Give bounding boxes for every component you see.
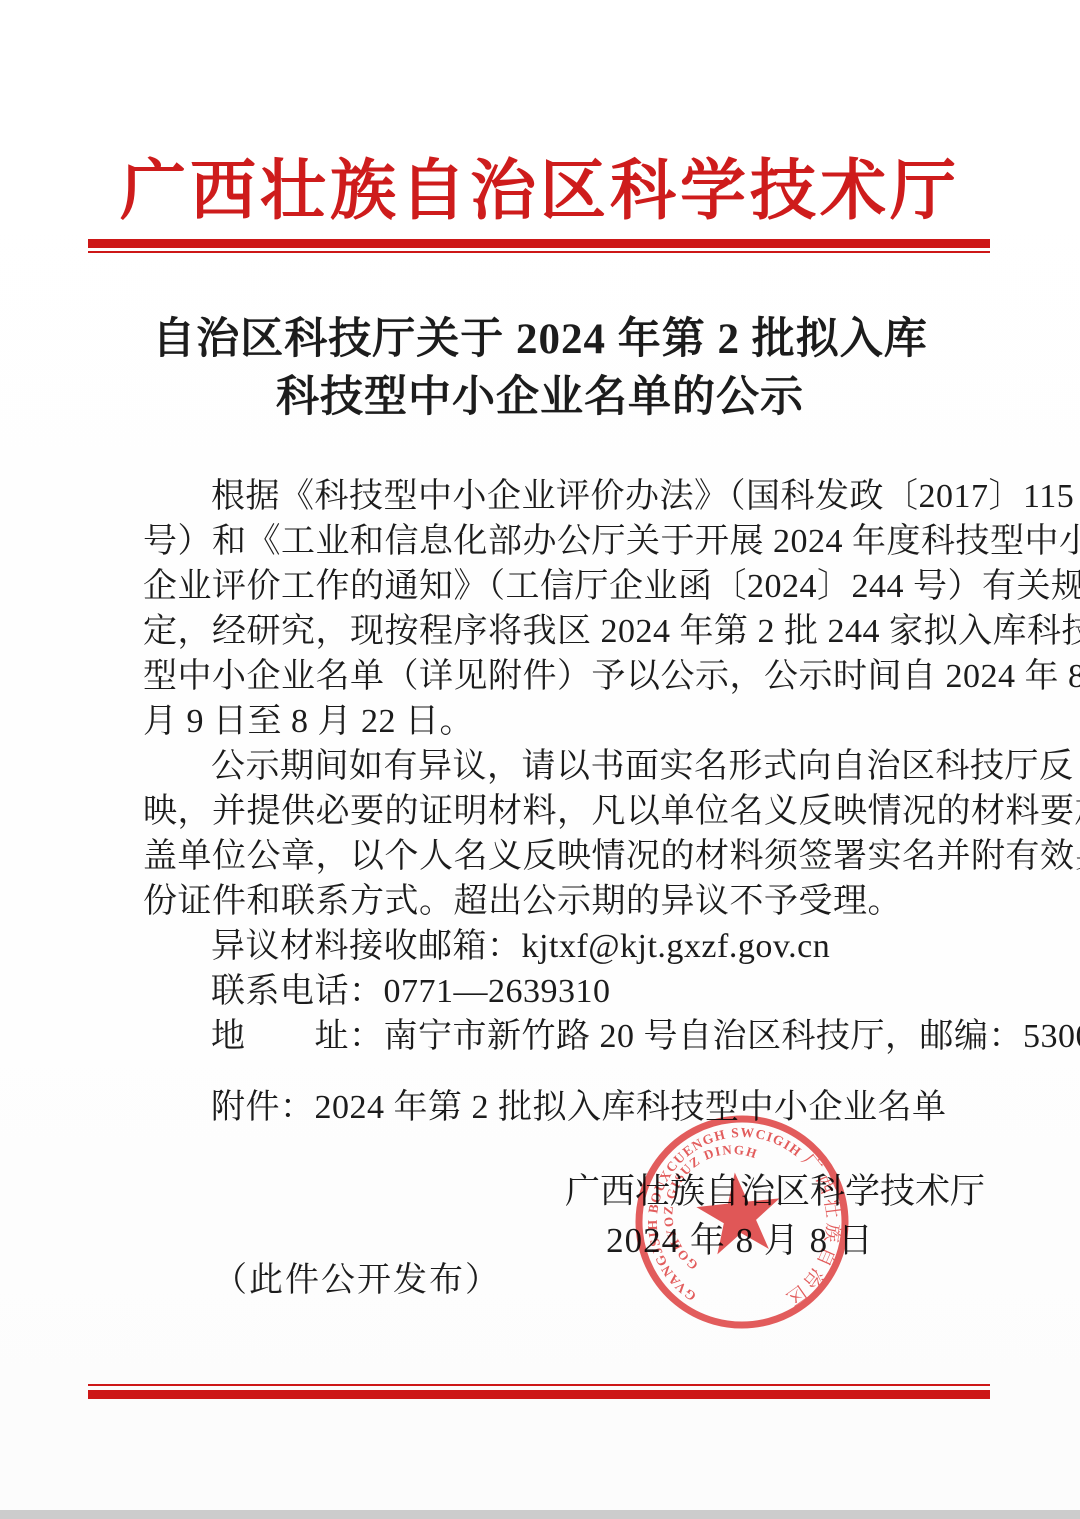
document-title-line1: 自治区科技厅关于 2024 年第 2 批拟入库 xyxy=(0,311,1080,369)
paragraph1-line: 定，经研究，现按程序将我区 2024 年第 2 批 244 家拟入库科技 xyxy=(143,609,983,654)
address-line: 地 址：南宁市新竹路 20 号自治区科技厅，邮编：530022 xyxy=(143,1014,983,1059)
email-line: 异议材料接收邮箱：kjtxf@kjt.gxzf.gov.cn xyxy=(143,924,983,969)
paragraph1-line: 根据《科技型中小企业评价办法》（国科发政〔2017〕115 xyxy=(143,474,983,519)
seal-star-icon xyxy=(693,1168,784,1256)
paragraph1-line: 月 9 日至 8 月 22 日。 xyxy=(143,699,983,744)
paragraph2-line: 盖单位公章，以个人名义反映情况的材料须签署实名并附有效身 xyxy=(143,834,983,879)
document-title-line2: 科技型中小企业名单的公示 xyxy=(0,369,1080,427)
paragraph2-line: 份证件和联系方式。超出公示期的异议不予受理。 xyxy=(143,879,983,924)
document-body: 根据《科技型中小企业评价办法》（国科发政〔2017〕115 号）和《工业和信息化… xyxy=(143,474,983,1130)
phone-line: 联系电话：0771—2639310 xyxy=(143,969,983,1014)
paragraph1-line: 型中小企业名单（详见附件）予以公示，公示时间自 2024 年 8 xyxy=(143,654,983,699)
footer-rule-thin xyxy=(88,1384,990,1386)
scan-edge-bar xyxy=(0,1510,1080,1519)
masthead-rule-thick xyxy=(88,239,990,248)
masthead-rule-thin xyxy=(88,251,990,253)
paragraph2-line: 公示期间如有异议，请以书面实名形式向自治区科技厅反 xyxy=(143,744,983,789)
paragraph1-line: 企业评价工作的通知》（工信厅企业函〔2024〕244 号）有关规 xyxy=(143,564,983,609)
paragraph1-line: 号）和《工业和信息化部办公厅关于开展 2024 年度科技型中小 xyxy=(143,519,983,564)
paragraph2-line: 映，并提供必要的证明材料，凡以单位名义反映情况的材料要加 xyxy=(143,789,983,834)
publish-note: （此件公开发布） xyxy=(213,1261,501,1301)
agency-masthead: 广西壮族自治区科学技术厅 xyxy=(0,152,1080,232)
official-document-page: 广西壮族自治区科学技术厅 自治区科技厅关于 2024 年第 2 批拟入库 科技型… xyxy=(0,0,1080,1519)
official-seal: GVANGJSIH BOUXCUENGH SWCIGIH 广西壮族自治区科学技术… xyxy=(612,1092,872,1352)
footer-rule-thick xyxy=(88,1390,990,1399)
document-title: 自治区科技厅关于 2024 年第 2 批拟入库 科技型中小企业名单的公示 xyxy=(0,311,1080,427)
